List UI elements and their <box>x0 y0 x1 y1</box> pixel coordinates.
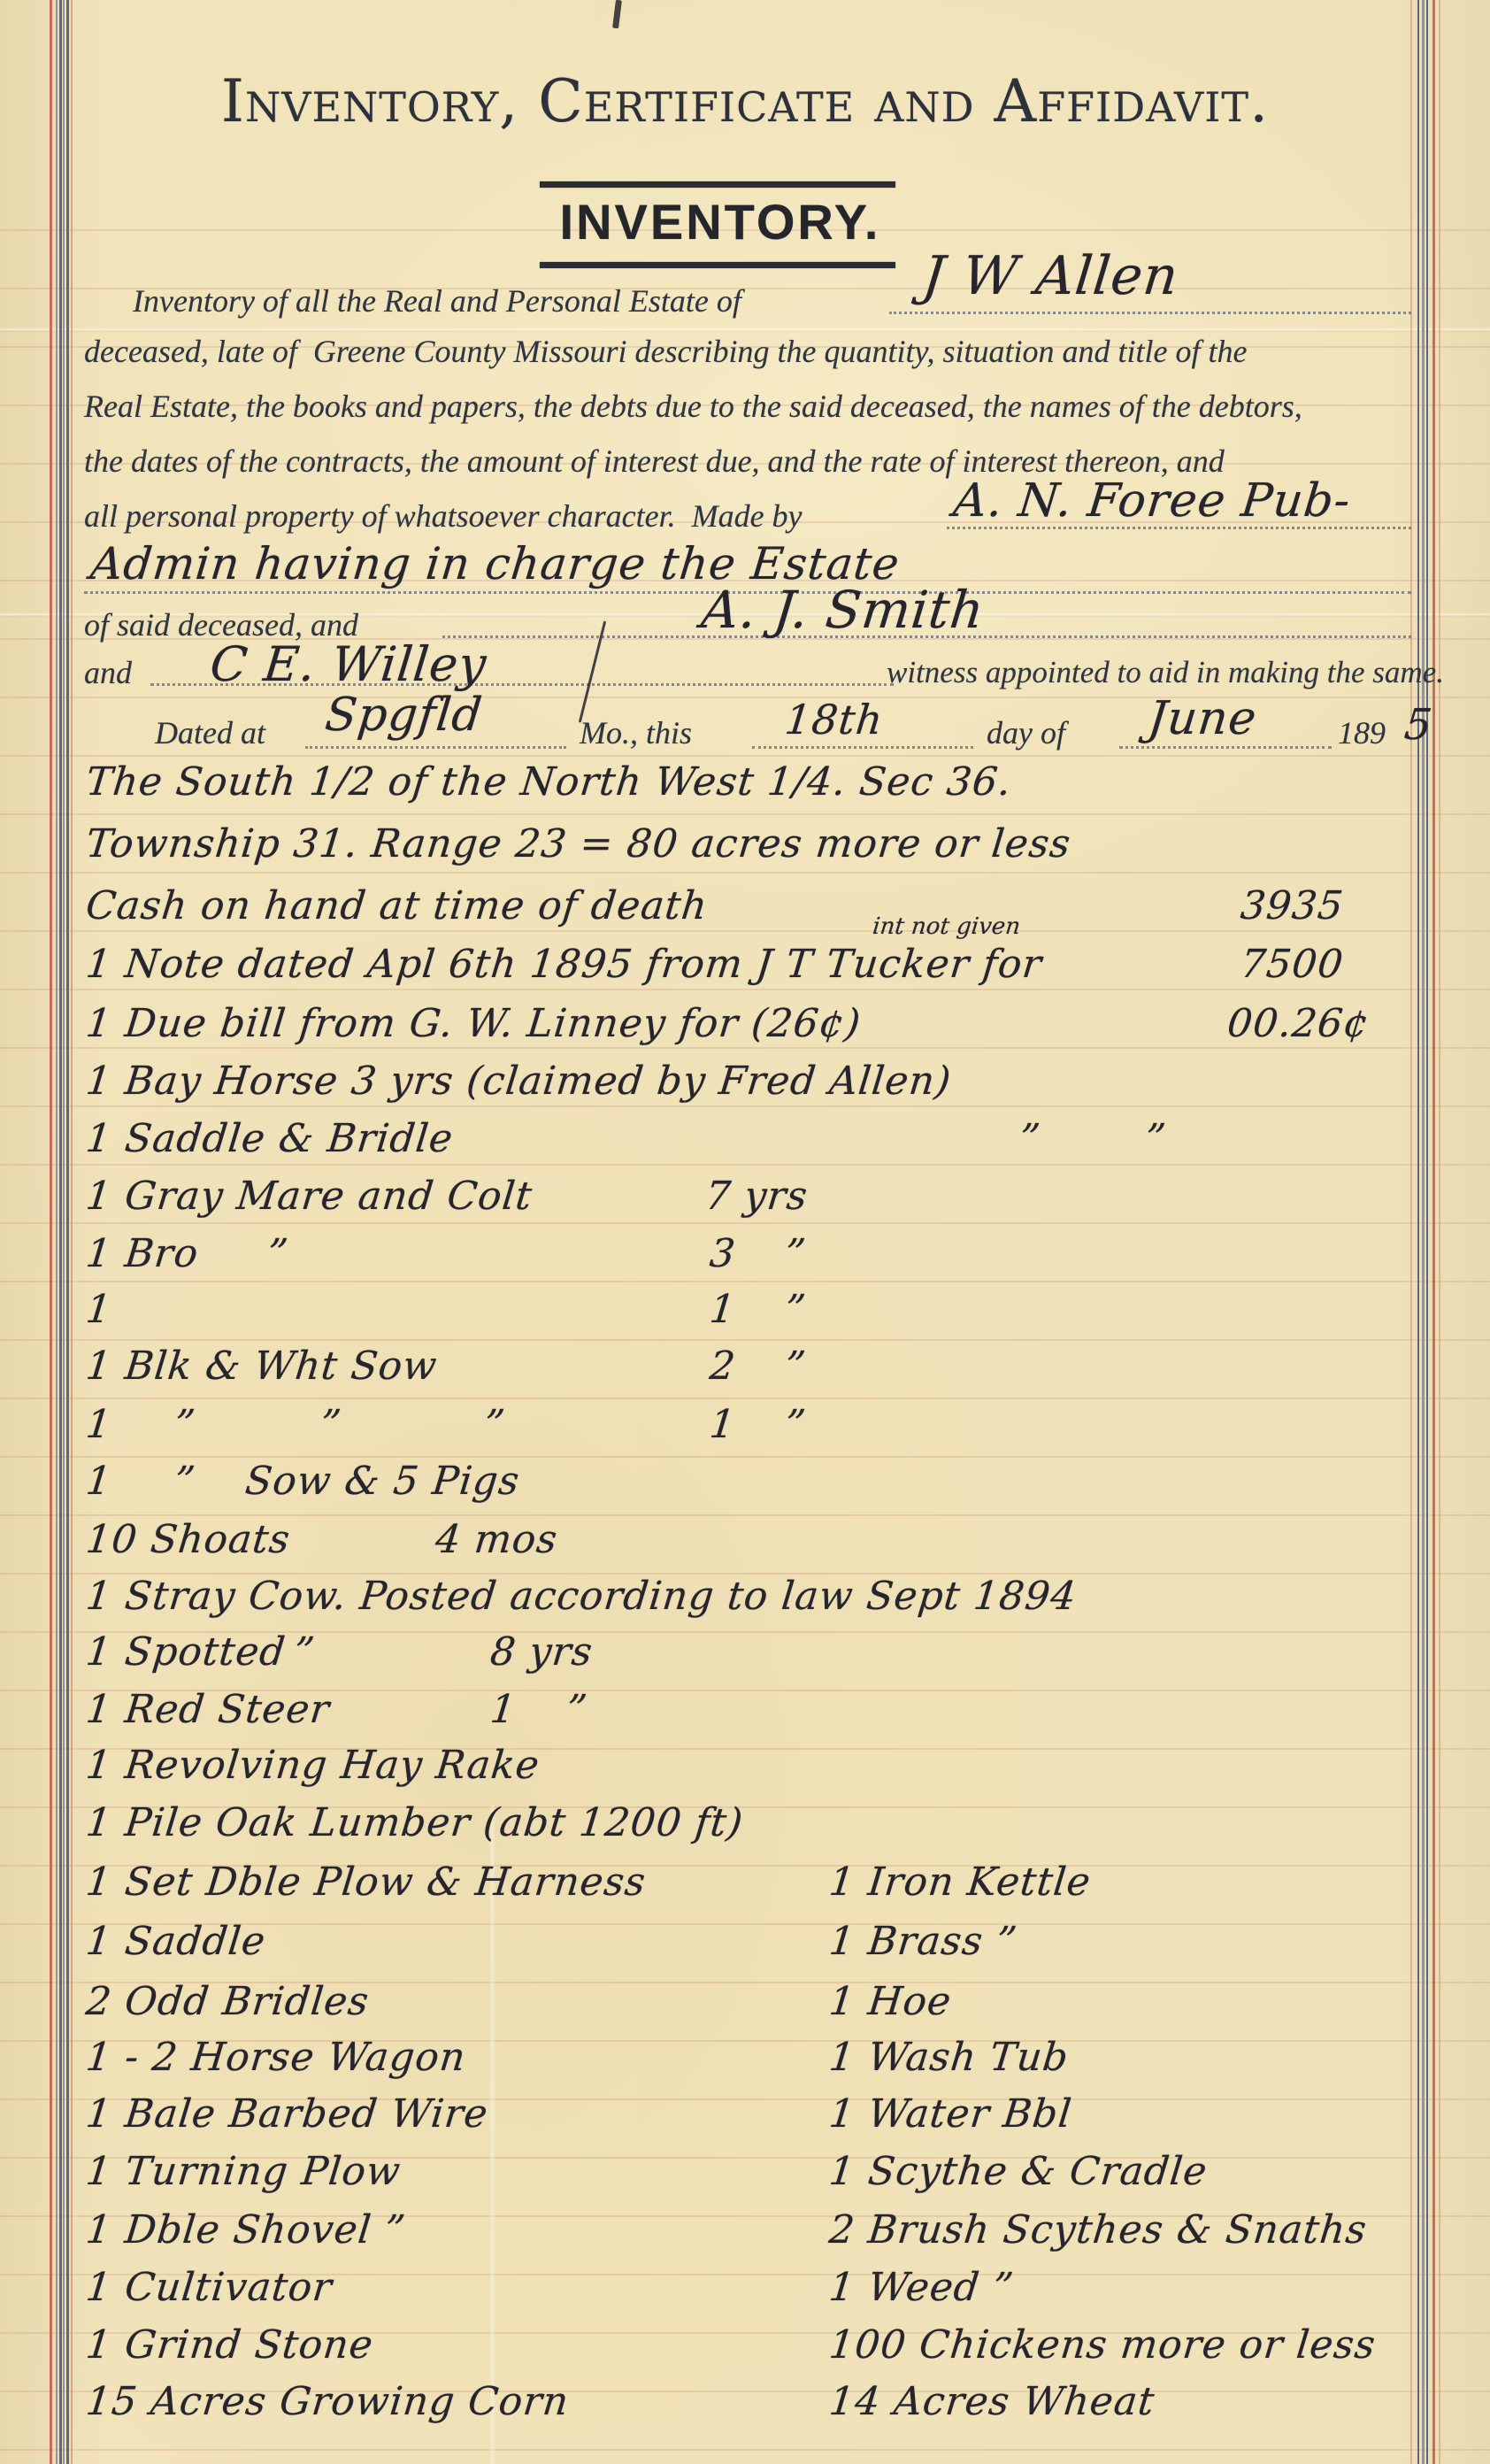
inventory-line-text: 1 Blk & Wht Sow <box>84 1347 439 1386</box>
inventory-line-text: 1 - 2 Horse Wagon <box>84 2038 468 2077</box>
inventory-line-text: ” <box>292 1633 317 1672</box>
inventory-line-text: 1 Turning Plow <box>84 2152 403 2191</box>
ink-speck <box>612 0 622 28</box>
inventory-line-text: 1 Hoe <box>827 1983 954 2021</box>
right-margin-blue-rule <box>1422 0 1425 2464</box>
right-margin-red-rule <box>1439 0 1440 2464</box>
inventory-line-text: 1 Iron Kettle <box>827 1863 1093 1902</box>
form-line-1: Inventory of all the Real and Personal E… <box>133 283 741 320</box>
inventory-line-text: ” <box>173 1462 197 1501</box>
right-margin-red-rule <box>1410 0 1412 2464</box>
inventory-line-text: 1 Bay Horse 3 yrs (claimed by Fred Allen… <box>84 1062 953 1101</box>
inventory-line-text: ” <box>783 1405 808 1444</box>
inventory-line-text: ” <box>783 1347 808 1386</box>
inventory-line-text: 1 Pile Oak Lumber (abt 1200 ft) <box>84 1804 745 1843</box>
form-line-8-and: and <box>84 655 132 691</box>
inventory-line-text: 1 Revolving Hay Rake <box>84 1746 541 1785</box>
inventory-line-text: 1 Wash Tub <box>827 2038 1071 2077</box>
inventory-line-text: 2 <box>708 1347 738 1386</box>
left-margin-blue-rule <box>59 0 62 2464</box>
inventory-line-text: 2 Odd Bridles <box>84 1983 371 2021</box>
form-line-3: Real Estate, the books and papers, the d… <box>84 389 1302 425</box>
left-margin-blue-rule <box>63 0 65 2464</box>
inventory-line-text: 1 <box>708 1405 738 1444</box>
inventory-line-text: 1 Saddle <box>84 1922 267 1961</box>
day-of-label: day of <box>987 715 1065 751</box>
inventory-line-text: 1 <box>84 1405 114 1444</box>
inventory-line-text: 1 Weed ” <box>827 2268 1016 2307</box>
inventory-line-text: ” <box>319 1405 343 1444</box>
inventory-line-text: Township 31. Range 23 = 80 acres more or… <box>84 825 1072 864</box>
written-appraiser-name-1: A. J. Smith <box>699 584 987 635</box>
dated-at-label: Dated at <box>155 715 265 751</box>
inventory-line-text: ” <box>265 1235 290 1274</box>
written-administrator-name: A. N. Foree Pub- <box>951 478 1353 524</box>
fill-in-rule <box>1119 746 1332 749</box>
form-line-2: deceased, late of Greene County Missouri… <box>84 334 1247 370</box>
year-printed: 189 <box>1338 715 1386 751</box>
inventory-line-text: 1 <box>84 1462 114 1501</box>
inventory-line-text: 3 <box>708 1235 738 1274</box>
inventory-line-text: 10 Shoats <box>84 1521 292 1559</box>
inventory-line-text: ” <box>783 1235 808 1274</box>
inventory-line-text: 4 mos <box>434 1521 559 1559</box>
inventory-line-text: 7500 <box>1239 945 1346 984</box>
section-header: INVENTORY. <box>541 193 899 250</box>
inventory-line-text: 15 Acres Growing Corn <box>84 2383 571 2422</box>
inventory-line-text: 1 Cultivator <box>84 2268 334 2307</box>
fold-crease <box>0 327 1490 333</box>
inventory-line-text: 1 Stray Cow. Posted according to law Sep… <box>84 1577 1079 1616</box>
form-line-8-rest: witness appointed to aid in making the s… <box>887 655 1444 690</box>
inventory-line-text: 1 Dble Shovel ” <box>84 2211 408 2250</box>
page-title: Inventory, Certificate and Affidavit. <box>0 67 1490 135</box>
fill-in-rule <box>752 746 973 749</box>
mo-this-label: Mo., this <box>580 715 692 751</box>
inventory-line-text: ” <box>173 1405 197 1444</box>
written-appraiser-name-2: C E. Willey <box>208 641 489 689</box>
inventory-line-text: 1 Spotted <box>84 1633 288 1672</box>
inventory-line-text: 1 Bale Barbed Wire <box>84 2095 490 2134</box>
inventory-annotation: int not given <box>872 915 1021 938</box>
form-line-5: all personal property of whatsoever char… <box>84 498 803 535</box>
written-month: June <box>1146 696 1259 742</box>
inventory-line-text: ” <box>482 1405 507 1444</box>
fill-in-rule <box>305 746 566 749</box>
inventory-line-text: 00.26¢ <box>1225 1005 1371 1043</box>
inventory-line-text: ” <box>1143 1120 1168 1159</box>
right-margin-red-rule <box>1432 0 1435 2464</box>
inventory-line-text: 8 yrs <box>488 1633 595 1672</box>
inventory-line-text: 1 Red Steer <box>84 1690 332 1729</box>
left-margin-red-rule <box>50 0 52 2464</box>
inventory-line-text: 1 <box>708 1290 738 1329</box>
fill-in-rule <box>889 312 1411 314</box>
section-header-bottom-bar <box>540 262 895 268</box>
inventory-line-text: 1 <box>84 1290 114 1329</box>
written-day: 18th <box>783 699 885 740</box>
written-place: Spgfld <box>323 692 485 738</box>
inventory-line-text: 1 Due bill from G. W. Linney for (26¢) <box>84 1005 863 1043</box>
left-margin-blue-rule <box>66 0 69 2464</box>
inventory-line-text: 1 Note dated Apl 6th 1895 from J T Tucke… <box>84 945 1044 984</box>
inventory-line-text: Cash on hand at time of death <box>84 887 710 926</box>
inventory-line-text: 3935 <box>1239 887 1346 926</box>
section-header-top-bar <box>540 181 895 188</box>
right-margin-blue-rule <box>1426 0 1428 2464</box>
inventory-line-text: 1 Bro <box>84 1235 200 1274</box>
inventory-line-text: The South 1/2 of the North West 1/4. Sec… <box>84 763 1013 802</box>
inventory-line-text: 14 Acres Wheat <box>827 2383 1156 2422</box>
inventory-line-text: 1 Set Dble Plow & Harness <box>84 1863 648 1902</box>
document-page: Inventory, Certificate and Affidavit. IN… <box>0 0 1490 2464</box>
inventory-line-text: 1 Gray Mare and Colt <box>84 1177 534 1216</box>
inventory-line-text: ” <box>783 1290 808 1329</box>
inventory-line-text: Sow & 5 Pigs <box>243 1462 521 1501</box>
inventory-line-text: ” <box>565 1690 589 1729</box>
written-year-digit: 5 <box>1402 704 1435 746</box>
inventory-line-text: ” <box>1018 1120 1042 1159</box>
inventory-line-text: 1 <box>488 1690 518 1729</box>
inventory-line-text: 1 Brass ” <box>827 1922 1019 1961</box>
inventory-line-text: 1 Scythe & Cradle <box>827 2152 1210 2191</box>
left-margin-blue-rule <box>56 0 58 2464</box>
inventory-line-text: 1 Water Bbl <box>827 2095 1074 2134</box>
inventory-line-text: 100 Chickens more or less <box>827 2326 1378 2365</box>
right-margin-blue-rule <box>1417 0 1419 2464</box>
inventory-line-text: 2 Brush Scythes & Snaths <box>827 2211 1369 2250</box>
inventory-line-text: 7 yrs <box>703 1177 810 1216</box>
inventory-line-text: 1 Grind Stone <box>84 2326 375 2365</box>
written-decedent-name: J W Allen <box>920 250 1181 303</box>
left-margin-red-rule <box>71 0 73 2464</box>
inventory-line-text: 1 Saddle & Bridle <box>84 1120 455 1159</box>
